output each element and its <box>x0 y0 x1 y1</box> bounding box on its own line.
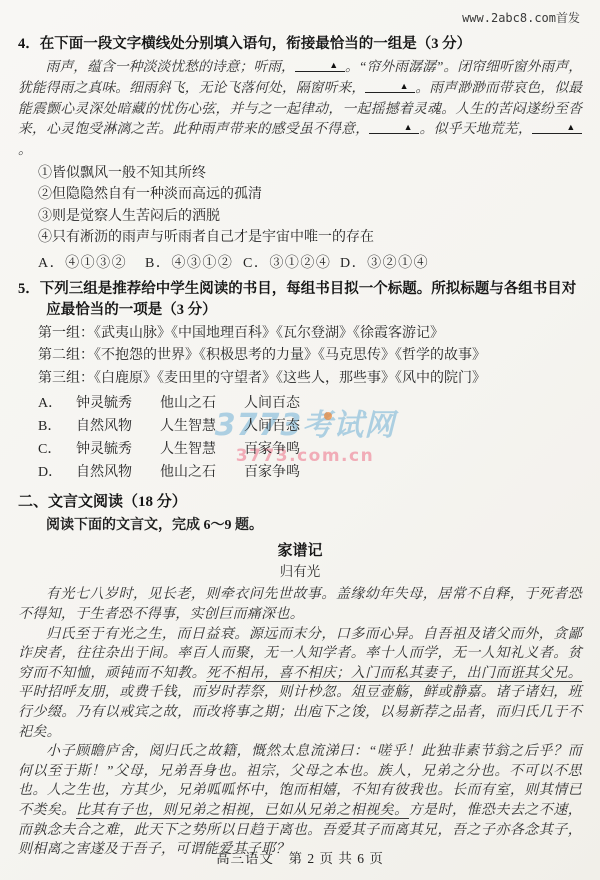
option-label: B． <box>38 415 76 438</box>
underlined-sentence-2: 比其有子也，则兄弟之相视，已如从兄弟之相视矣。 <box>76 803 409 819</box>
source-site-text: www.2abc8.com首发 <box>462 9 580 26</box>
option-label: D． <box>38 461 76 484</box>
passage-paragraph-1: 有光七八岁时，见长老，则牵衣问先世故事。盖缘幼年失母，居常不自释，于死者恐不得知… <box>18 585 582 624</box>
question-5-stem: 5．下列三组是推荐给中学生阅读的书目，每组书目拟一个标题。所拟标题与各组书目对应… <box>18 279 582 321</box>
page-footer: 高三语文 第 2 页 共 6 页 <box>0 847 600 867</box>
option-a-row: A． 钟灵毓秀 他山之石 人间百态 <box>38 392 582 415</box>
exam-page-scan: www.2abc8.com首发 3773考试网 3773.com.cn 4．在下… <box>0 0 600 880</box>
fill-blank-1: ▲ <box>295 57 345 72</box>
question-4-options: A．④①③② B．④③①② C．③①②④ D．③②①④ <box>38 252 582 272</box>
question-5-options: A． 钟灵毓秀 他山之石 人间百态 B． 自然风物 人生智慧 人间百态 C． 钟… <box>38 392 582 484</box>
option-title-3: 百家争鸣 <box>244 461 328 484</box>
section-2-classical-reading: 二、文言文阅读（18 分） 阅读下面的文言文，完成 6～9 题。 家谱记 归有光… <box>18 491 582 859</box>
passage-title: 家谱记 <box>18 540 582 562</box>
question-4-items: ①皆似飘风一般不知其所终 ②但隐隐然自有一种淡而高远的孤清 ③则是觉察人生苦闷后… <box>38 163 582 249</box>
triangle-marker-icon: ▲ <box>566 122 575 132</box>
option-label: C． <box>38 438 76 461</box>
option-title-3: 人间百态 <box>244 392 328 415</box>
book-group-1: 第一组：《武夷山脉》《中国地理百科》《瓦尔登湖》《徐霞客游记》 <box>38 323 582 346</box>
passage-paragraph-2: 归氏至于有光之生，而日益衰。源远而末分，口多而心异。自吾祖及诸父而外，贪鄙诈戾者… <box>18 625 582 743</box>
numbered-sentence-4: ④只有淅沥的雨声与听雨者自己才是宇宙中唯一的存在 <box>38 227 582 249</box>
option-d-row: D． 自然风物 他山之石 百家争鸣 <box>38 461 582 484</box>
option-title-1: 钟灵毓秀 <box>76 392 160 415</box>
option-c: C．③①②④ <box>243 252 340 272</box>
book-group-3: 第三组：《白鹿原》《麦田里的守望者》《这些人，那些事》《风中的院门》 <box>38 368 582 391</box>
option-c-row: C． 钟灵毓秀 人生智慧 百家争鸣 <box>38 438 582 461</box>
numbered-sentence-2: ②但隐隐然自有一种淡而高远的孤清 <box>38 184 582 206</box>
fill-blank-4: ▲ <box>532 119 582 134</box>
paragraph-text: 平时招呼友朋，或费千钱，而岁时荐祭，则计杪忽。俎豆壶觞，鲜或静嘉。诸子诸妇，班行… <box>18 685 582 739</box>
option-title-2: 人生智慧 <box>160 438 244 461</box>
option-title-1: 自然风物 <box>76 415 160 438</box>
option-title-1: 钟灵毓秀 <box>76 438 160 461</box>
triangle-marker-icon: ▲ <box>329 60 338 70</box>
option-title-2: 人生智慧 <box>160 415 244 438</box>
book-group-2: 第二组：《不抱怨的世界》《积极思考的力量》《马克思传》《哲学的故事》 <box>38 345 582 368</box>
passage-segment: 雨声，蕴含一种淡淡忧愁的诗意；听雨， <box>46 59 295 74</box>
numbered-sentence-3: ③则是觉察人生苦闷后的洒脱 <box>38 206 582 228</box>
numbered-sentence-1: ①皆似飘风一般不知其所终 <box>38 163 582 185</box>
option-title-2: 他山之石 <box>160 392 244 415</box>
triangle-marker-icon: ▲ <box>400 81 409 91</box>
triangle-marker-icon: ▲ <box>404 122 413 132</box>
passage-paragraph-3: 小子顾瞻庐舍，阅归氏之故籍，慨然太息流涕曰：“嗟乎！此独非素节翁之后乎？而何以至… <box>18 742 582 860</box>
option-title-3: 人间百态 <box>244 415 328 438</box>
question-4-passage: 雨声，蕴含一种淡淡忧愁的诗意；听雨，▲。“帘外雨潺潺”。闭帘细听窗外雨声，犹能得… <box>18 57 582 161</box>
underlined-sentence-1: 死不相吊，喜不相庆；入门而私其妻子，出门而诳其父兄。 <box>206 666 582 682</box>
question-4-stem: 4．在下面一段文字横线处分别填入语句，衔接最恰当的一组是（3 分） <box>18 34 582 55</box>
question-5: 5．下列三组是推荐给中学生阅读的书目，每组书目拟一个标题。所拟标题与各组书目对应… <box>18 279 582 485</box>
passage-segment: 。 <box>18 142 32 157</box>
question-4: 4．在下面一段文字横线处分别填入语句，衔接最恰当的一组是（3 分） 雨声，蕴含一… <box>18 34 582 272</box>
option-title-3: 百家争鸣 <box>244 438 328 461</box>
option-label: A． <box>38 392 76 415</box>
option-title-2: 他山之石 <box>160 461 244 484</box>
option-title-1: 自然风物 <box>76 461 160 484</box>
fill-blank-3: ▲ <box>369 119 419 134</box>
option-b: B．④③①② <box>145 252 243 272</box>
passage-segment: 。似乎天地荒芜， <box>419 121 532 136</box>
option-a: A．④①③② <box>38 252 145 272</box>
passage-author: 归有光 <box>18 562 582 582</box>
option-d: D．③②①④ <box>340 252 429 272</box>
option-b-row: B． 自然风物 人生智慧 人间百态 <box>38 415 582 438</box>
fill-blank-2: ▲ <box>365 78 415 93</box>
section-2-instructions: 阅读下面的文言文，完成 6～9 题。 <box>46 515 582 537</box>
section-2-heading: 二、文言文阅读（18 分） <box>18 491 582 513</box>
